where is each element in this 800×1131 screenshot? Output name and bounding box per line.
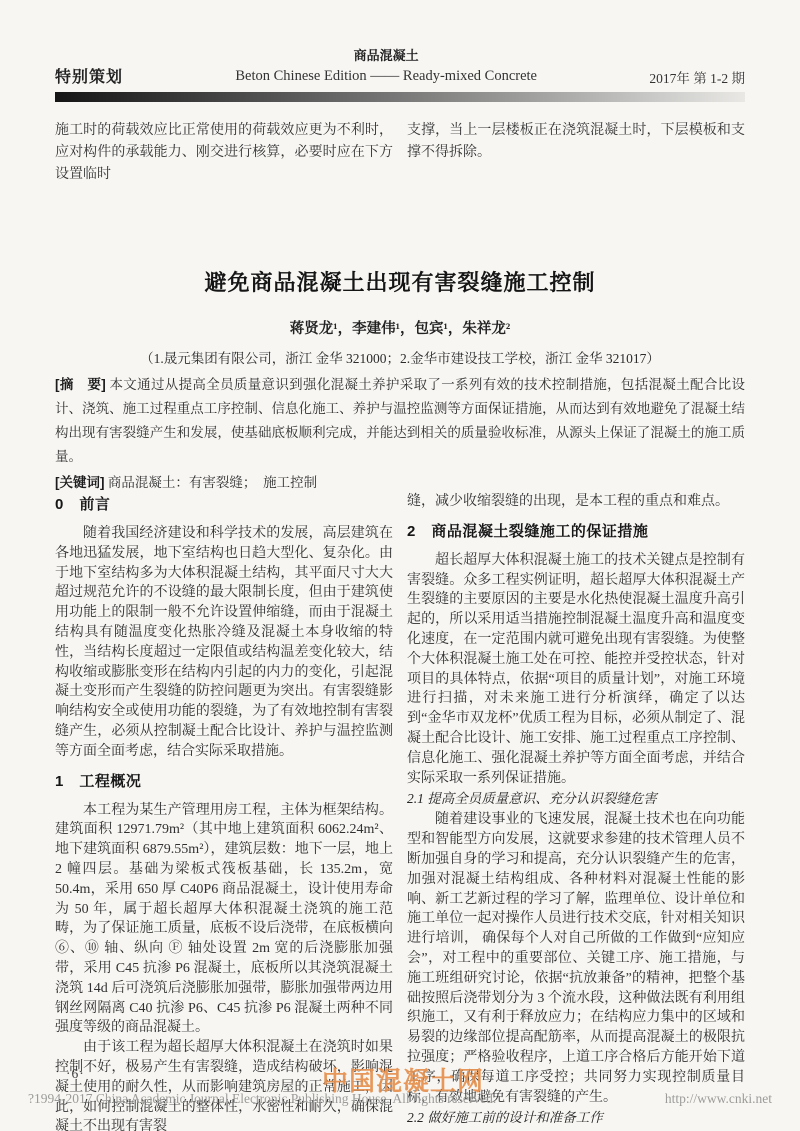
issue-info: 2017年 第 1-2 期 <box>649 67 745 87</box>
journal-page: 特别策划 商品混凝土 Beton Chinese Edition —— Read… <box>0 0 800 1131</box>
previous-article-tail: 施工时的荷载效应比正常使用的荷载效应更为不利时，应对构件的承载能力、刚交进行核算… <box>55 120 745 186</box>
keywords-text: 商品混凝土：有害裂缝； 施工控制 <box>108 475 317 490</box>
body-left-column: 0 前言 随着我国经济建设和科学技术的发展，高层建筑在各地迅猛发展，地下室结构也… <box>55 492 393 1131</box>
abstract-text: 本文通过从提高全员质量意识到强化混凝土养护采取了一系列有效的技术控制措施，包括混… <box>55 377 745 464</box>
article-title: 避免商品混凝土出现有害裂缝施工控制 <box>55 266 745 297</box>
section-heading-1: 1 工程概况 <box>55 771 393 793</box>
journal-name-cn: 商品混凝土 <box>235 46 537 66</box>
article-head: 避免商品混凝土出现有害裂缝施工控制 蒋贤龙¹，李建伟¹，包宾¹，朱祥龙² （1.… <box>55 266 745 367</box>
article-affiliation: （1.晟元集团有限公司，浙江 金华 321000；2.金华市建设技工学校，浙江 … <box>55 347 745 367</box>
abstract-label: [摘 要] <box>55 377 106 392</box>
page-number: ·6· <box>66 1066 85 1082</box>
subsection-heading-2-2: 2.2 做好施工前的设计和准备工作 <box>407 1108 745 1128</box>
cnki-url: http://www.cnki.net <box>665 1091 772 1107</box>
body-right-column: 缝，减少收缩裂缝的出现，是本工程的重点和难点。 2 商品混凝土裂缝施工的保证措施… <box>407 492 745 1131</box>
body-paragraph-continuation: 缝，减少收缩裂缝的出现，是本工程的重点和难点。 <box>407 492 745 512</box>
abstract-block: [摘 要] 本文通过从提高全员质量意识到强化混凝土养护采取了一系列有效的技术控制… <box>55 373 745 495</box>
article-authors: 蒋贤龙¹，李建伟¹，包宾¹，朱祥龙² <box>55 317 745 338</box>
journal-name: 商品混凝土 Beton Chinese Edition —— Ready-mix… <box>235 46 537 87</box>
watermark-text: 中国混凝土网 <box>322 1061 484 1098</box>
body-paragraph: 本工程为某生产管理用房工程，主体为框架结构。建筑面积 12971.79m²（其中… <box>55 801 393 1039</box>
body-paragraph: 超长超厚大体积混凝土施工的技术关键点是控制有害裂缝。众多工程实例证明，超长超厚大… <box>407 551 745 789</box>
article-body: 0 前言 随着我国经济建设和科学技术的发展，高层建筑在各地迅猛发展，地下室结构也… <box>55 492 745 1131</box>
journal-header: 特别策划 商品混凝土 Beton Chinese Edition —— Read… <box>55 46 745 87</box>
body-paragraph: 随着我国经济建设和科学技术的发展，高层建筑在各地迅猛发展，地下室结构也日趋大型化… <box>55 524 393 762</box>
subsection-heading-2-1: 2.1 提高全员质量意识、充分认识裂缝危害 <box>407 789 745 809</box>
header-divider-bar <box>55 92 745 102</box>
section-heading-0: 0 前言 <box>55 494 393 516</box>
keywords-label: [关键词] <box>55 475 105 490</box>
prev-tail-left-column: 施工时的荷载效应比正常使用的荷载效应更为不利时，应对构件的承载能力、刚交进行核算… <box>55 120 393 186</box>
section-label: 特别策划 <box>55 64 123 87</box>
section-heading-2: 2 商品混凝土裂缝施工的保证措施 <box>407 521 745 543</box>
abstract-paragraph: [摘 要] 本文通过从提高全员质量意识到强化混凝土养护采取了一系列有效的技术控制… <box>55 373 745 469</box>
prev-tail-right-column: 支撑，当上一层楼板正在浇筑混凝土时，下层模板和支撑不得拆除。 <box>407 120 745 186</box>
journal-name-en: Beton Chinese Edition —— Ready-mixed Con… <box>235 66 537 88</box>
